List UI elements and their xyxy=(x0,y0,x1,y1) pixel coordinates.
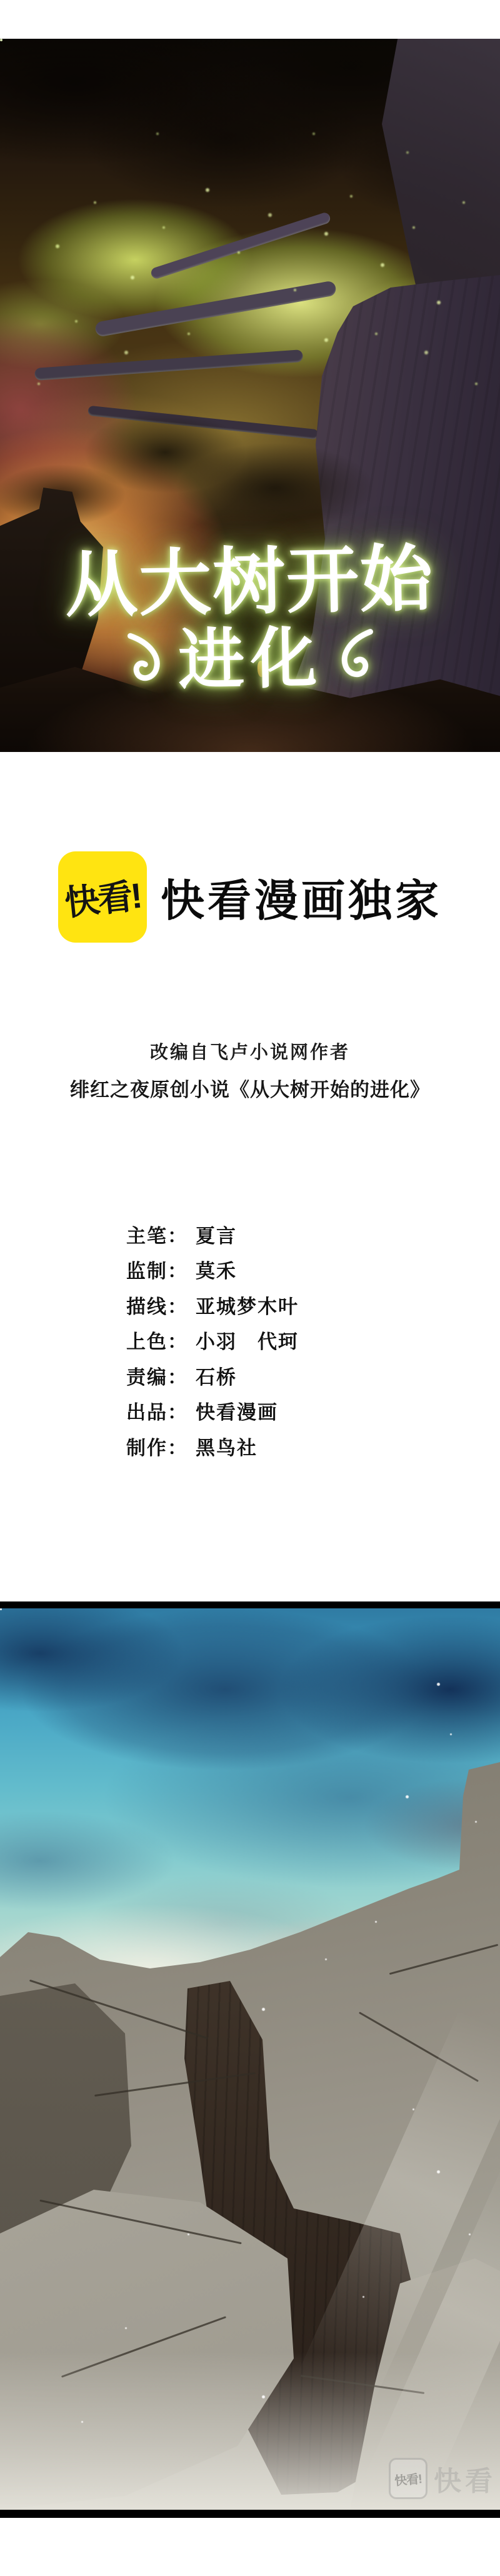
staff-role: 制作 xyxy=(126,1432,167,1460)
staff-credit-list: 主笔：夏言 监制：莫禾 描线：亚城梦木叶 上色：小羽 代珂 责编：石桥 出品：快… xyxy=(126,1216,299,1464)
staff-colon: ： xyxy=(167,1326,188,1354)
staff-colon: ： xyxy=(167,1220,188,1248)
staff-row: 制作：黑鸟社 xyxy=(126,1428,299,1464)
staff-row: 上色：小羽 代珂 xyxy=(126,1323,299,1358)
dust-particles xyxy=(0,1608,2,1610)
staff-colon: ： xyxy=(167,1255,188,1283)
staff-colon: ： xyxy=(167,1432,188,1460)
staff-colon: ： xyxy=(167,1291,188,1319)
kuaikan-logo: 快看! xyxy=(58,851,147,943)
flourish-swirl-icon xyxy=(332,627,375,688)
staff-name: 亚城梦木叶 xyxy=(196,1291,299,1319)
kuaikan-watermark: 快看! 快看 xyxy=(389,2458,496,2499)
series-title: 从大树开始 进化 xyxy=(0,538,500,697)
adaptation-credit-line2: 绯红之夜原创小说《从大树开始的进化》 xyxy=(0,1074,500,1102)
staff-row: 出品：快看漫画 xyxy=(126,1393,299,1429)
exclusive-label: 快看漫画独家 xyxy=(161,866,442,929)
staff-colon: ： xyxy=(167,1396,188,1425)
staff-role: 主笔 xyxy=(126,1220,167,1248)
staff-row: 监制：莫禾 xyxy=(126,1252,299,1288)
comic-page: 从大树开始 进化 快看! 快看漫画独家 改编自飞卢小说网作者 绯红之夜原创小说《… xyxy=(0,0,500,2576)
kuaikan-logo-text: 快看! xyxy=(62,868,142,926)
staff-colon: ： xyxy=(167,1361,188,1390)
kuaikan-watermark-logo-text: 快看! xyxy=(394,2468,422,2489)
publisher-lockup: 快看! 快看漫画独家 xyxy=(0,851,500,943)
staff-role: 描线 xyxy=(126,1291,167,1319)
glow-particles xyxy=(0,39,2,41)
staff-name: 小羽 代珂 xyxy=(196,1326,299,1354)
staff-role: 上色 xyxy=(126,1326,167,1354)
panel-border-bottom xyxy=(0,2510,500,2518)
flourish-swirl-icon xyxy=(126,630,169,691)
staff-name: 石桥 xyxy=(196,1361,237,1390)
staff-row: 描线：亚城梦木叶 xyxy=(126,1287,299,1323)
staff-name: 快看漫画 xyxy=(196,1396,278,1425)
staff-name: 夏言 xyxy=(196,1220,237,1248)
adaptation-credit-line1: 改编自飞卢小说网作者 xyxy=(0,1038,500,1064)
series-title-line2: 进化 xyxy=(177,625,324,694)
staff-role: 出品 xyxy=(126,1396,167,1425)
series-title-line1: 从大树开始 xyxy=(0,538,500,627)
staff-role: 监制 xyxy=(126,1255,167,1283)
staff-role: 责编 xyxy=(126,1361,167,1390)
story-panel-sky-rocks: 快看! 快看 xyxy=(0,1608,500,2510)
cover-art-panel: 从大树开始 进化 xyxy=(0,39,500,752)
staff-row: 责编：石桥 xyxy=(126,1358,299,1393)
panel-border-top xyxy=(0,1601,500,1608)
staff-name: 莫禾 xyxy=(196,1255,237,1283)
kuaikan-watermark-logo: 快看! xyxy=(389,2458,427,2499)
staff-name: 黑鸟社 xyxy=(196,1432,257,1460)
staff-row: 主笔：夏言 xyxy=(126,1216,299,1252)
kuaikan-watermark-text: 快看 xyxy=(434,2458,496,2498)
